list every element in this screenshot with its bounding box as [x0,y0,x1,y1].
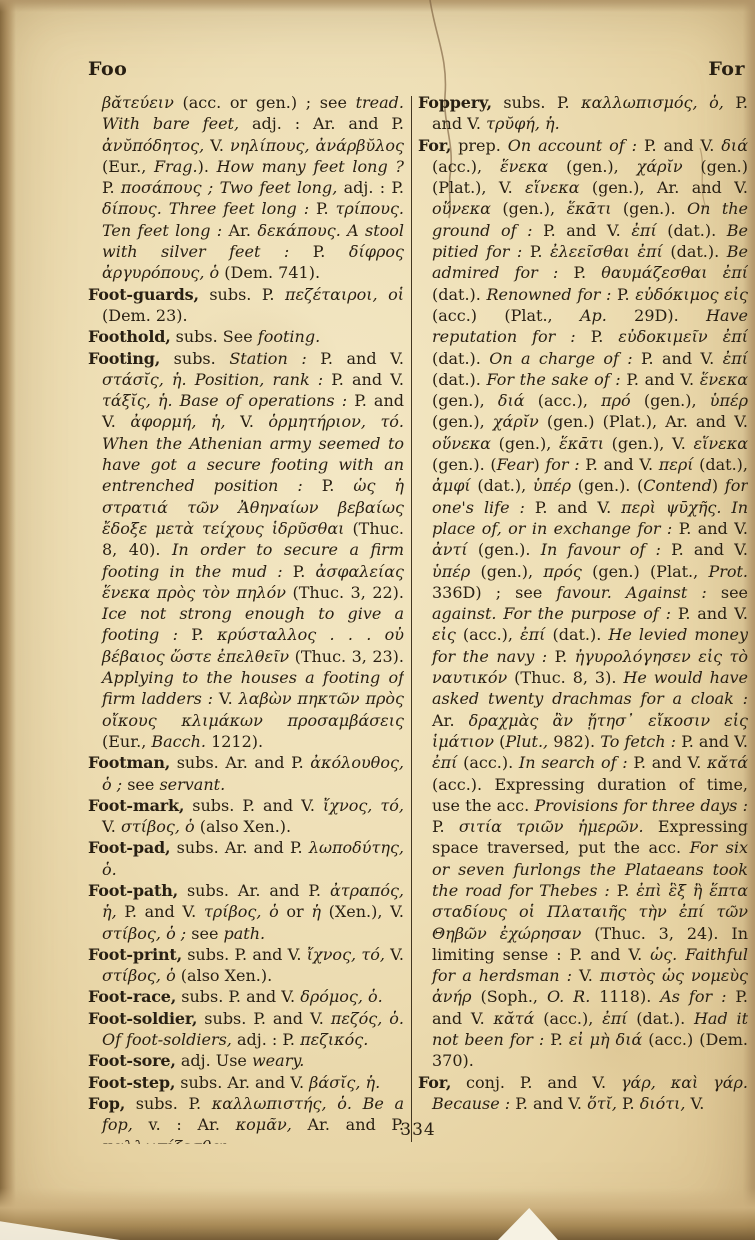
greek-text: πεζέταιροι, οἱ [285,285,404,304]
greek-text: εἵνεκα [694,434,748,453]
roman-text: (acc.), [456,625,520,644]
italic-gloss: For the sake of : [487,370,621,389]
roman-text: (dat.). [663,242,727,261]
greek-text: εἰς [432,625,456,644]
greek-text: ἀντί [432,540,468,559]
italic-gloss: In search of : [519,753,628,772]
roman-text: ). [198,157,217,176]
greek-text: δρόμος, ὁ. [300,987,383,1006]
greek-text: πεζικός. [300,1030,368,1049]
greek-text: νηλίπους, ἀνάρβῠλος [230,136,404,155]
greek-text: ὅτῐ, [587,1094,617,1113]
roman-text: P. and V. [580,455,659,474]
italic-gloss: Station : [229,349,306,368]
roman-text: (Thuc. 3, 23). [289,647,404,666]
italic-gloss: tread. [356,93,404,112]
roman-text: P. [309,199,335,218]
headword: Fop, [88,1094,125,1113]
roman-text: (Dem. 23). [102,306,188,325]
roman-text: adj. Use [176,1051,252,1070]
greek-text: ἴχνος, τό, [323,796,404,815]
headword: Foothold, [88,327,171,346]
dictionary-entry: Foot-race, subs. P. and V. δρόμος, ὁ. [88,986,404,1007]
roman-text: (acc.) (Plat., [432,306,580,325]
greek-text: οὕνεκα [432,199,491,218]
roman-text: ( [494,732,505,751]
roman-text: (gen.), [470,562,543,581]
italic-gloss: O. R. [547,987,590,1006]
greek-text: ποσάπους ; [121,178,213,197]
roman-text: 29D). [607,306,706,325]
greek-text: πεζός, ὁ. [331,1009,404,1028]
greek-text: ἐπί [602,1009,627,1028]
roman-text: subs. P. [199,285,285,304]
roman-text: V. [102,817,121,836]
italic-gloss: weary. [252,1051,304,1070]
roman-text: (gen.). ( [432,455,497,474]
roman-text: P. [283,562,316,581]
roman-text: P. and V. [672,519,748,538]
italic-gloss: for : [545,455,579,474]
roman-text: P. and V. [676,732,748,751]
column-divider-rule [411,96,412,1142]
roman-text: V. [685,1094,704,1113]
dictionary-entry: Foot-pad, subs. Ar. and P. λωποδύτης, ὁ. [88,837,404,880]
italic-gloss: Ap. [580,306,607,325]
greek-text: τρῠφή, ἡ. [486,114,560,133]
roman-text: P. [432,817,459,836]
greek-text: ἀνῠπόδητος, [102,136,204,155]
roman-text: (acc.). [457,753,519,772]
greek-text: τρίπους. [336,199,404,218]
roman-text: Ar. [222,221,257,240]
headword: Foot-pad, [88,838,170,857]
greek-text: στάσῐς, ἡ. [102,370,187,389]
dictionary-entry: Foot-print, subs. P. and V. ἴχνος, τό, V… [88,944,404,987]
roman-text: subs. P. and V. [182,945,307,964]
italic-gloss: Of foot-soldiers, [102,1030,232,1049]
roman-text: (gen.), [631,391,710,410]
roman-text: (Eur., [102,732,151,751]
italic-gloss: Fear [497,455,534,474]
italic-gloss: With bare feet, [102,114,239,133]
greek-text: πρό [601,391,631,410]
torn-edge-bottom [0,1188,755,1240]
roman-text: subs. [160,349,229,368]
page-number: 334 [88,1120,748,1140]
greek-text: ἕνεκα [700,370,748,389]
greek-text: στίβος, ὁ [102,966,176,985]
italic-gloss: path. [224,924,266,943]
italic-gloss: To fetch : [600,732,676,751]
greek-text: στίβος, ὁ [121,817,195,836]
greek-text: ἕκᾱτι [559,434,604,453]
dictionary-entry: For, prep. On account of : P. and V. διά… [418,135,748,1072]
roman-text [612,583,626,602]
greek-text: ὑπέρ [432,562,470,581]
roman-text: see [707,583,748,602]
italic-gloss: servant. [159,775,225,794]
book-page: Foo For βᾰτεύειν (acc. or gen.) ; see tr… [0,0,755,1240]
roman-text: adj. : P. [337,178,404,197]
greek-text: ἕνεκα [500,157,548,176]
roman-text: (gen.), V. [604,434,694,453]
roman-text: (gen.), [548,157,636,176]
greek-text: καλλωπιστής, ὁ. [212,1094,352,1113]
greek-text: ἀφορμή, ἡ, [130,412,225,431]
roman-text: 336D) ; see [432,583,556,602]
roman-text: P. and V. [661,540,748,559]
greek-text: ἐλεεῖσθαι ἐπί [550,242,663,261]
dictionary-entry: Footing, subs. Station : P. and V. στάσῐ… [88,348,404,753]
roman-text: (gen.). [611,199,687,218]
roman-text: P. [303,476,354,495]
roman-text: P. and V. [117,902,204,921]
greek-text: κᾰτά [494,1009,535,1028]
greek-text: ὑπέρ [710,391,748,410]
greek-text: στίβος, ὁ ; [102,924,186,943]
roman-text: (Xen.), V. [321,902,404,921]
greek-text: περὶ ψῡχῆς. [621,498,721,517]
roman-text: P. [102,178,121,197]
greek-text: περί [659,455,694,474]
roman-text: (dat.). [432,370,487,389]
roman-text: V. [572,966,600,985]
roman-text [721,498,731,517]
roman-text: (acc.), [534,1009,602,1028]
italic-gloss: Frag. [154,157,198,176]
greek-text: διά [498,391,525,410]
dictionary-entry: Foot-soldier, subs. P. and V. πεζός, ὁ. … [88,1008,404,1051]
roman-text: P. [611,285,635,304]
roman-text [162,199,169,218]
roman-text: (gen.), [491,434,559,453]
roman-text: (gen.), Ar. and V. [580,178,749,197]
italic-gloss: On a charge of : [489,349,632,368]
dictionary-entry: Foot-path, subs. Ar. and P. ἀτραπός, ἡ, … [88,880,404,944]
roman-text: P. and V. [532,221,631,240]
roman-text: subs. P. and V. [197,1009,331,1028]
headword: Foot-step, [88,1073,175,1092]
roman-text: P. [547,647,575,666]
roman-text: (Thuc. 3, 22). [286,583,404,602]
roman-text: Ar. [432,711,469,730]
roman-text: P. and V. [525,498,621,517]
header-catchword-right: For [708,58,745,80]
italic-gloss: Ten feet long : [102,221,222,240]
roman-text: 1212). [206,732,263,751]
headword: Foot-race, [88,987,176,1006]
roman-text: subs. Ar. and V. [175,1073,309,1092]
greek-text: θαυμάζεσθαι ἐπί [601,263,748,282]
roman-text: (gen.) (Plat., [582,562,709,581]
headword: For, [418,1073,451,1092]
headword: Footing, [88,349,160,368]
greek-text: εἰ μὴ διά [569,1030,642,1049]
roman-text: P. and V. [307,349,404,368]
roman-text: see [122,775,159,794]
corner-tear-bottom-left [0,1218,120,1240]
roman-text: 982). [548,732,600,751]
dictionary-entry: For, conj. P. and V. γάρ, καὶ γάρ. Becau… [418,1072,748,1115]
roman-text: ) [533,455,545,474]
greek-text: καλλωπισμός, ὁ, [581,93,724,112]
header-catchword-left: Foo [88,58,127,80]
roman-text: (also Xen.). [195,817,292,836]
greek-text: δίπους. [102,199,162,218]
roman-text: (dat.), [471,476,533,495]
text-block: βᾰτεύειν (acc. or gen.) ; see tread. Wit… [88,92,748,1144]
roman-text: V. [226,412,269,431]
greek-text: σιτία τριῶν ἡμερῶν. [459,817,644,836]
roman-text: P. and V. [628,753,707,772]
roman-text: adj. : Ar. and P. [239,114,404,133]
greek-text: χάρῐν [637,157,683,176]
roman-text: (dat.), [694,455,749,474]
greek-text: χάρῐν [493,412,539,431]
italic-gloss: Bacch. [151,732,206,751]
running-head: Foo For [88,58,745,84]
roman-text: (gen.) (Plat.), Ar. and V. [539,412,748,431]
italic-gloss: Provisions for three days : [534,796,748,815]
roman-text: P. [178,625,217,644]
roman-text: V. [213,689,239,708]
italic-gloss: Renowned for : [486,285,611,304]
greek-text: ὑπέρ [533,476,571,495]
roman-text: (dat.). [545,625,608,644]
roman-text: (gen.), [491,199,567,218]
roman-text: (acc. or gen.) ; see [182,93,355,112]
roman-text: V. [385,945,404,964]
greek-text: ὁρμητήριον, τό. [268,412,404,431]
italic-gloss: against. [432,604,496,623]
roman-text: (acc.), [432,157,500,176]
headword: Footman, [88,753,170,772]
roman-text: subs. P. and V. [184,796,323,815]
roman-text: subs. P. and V. [176,987,300,1006]
italic-gloss: Against : [626,583,707,602]
headword: Foot-print, [88,945,182,964]
roman-text: (dat.). [628,1009,694,1028]
greek-text: οὕνεκα [432,434,491,453]
roman-text: P. and V. [510,1094,587,1113]
roman-text: (gen.), [432,391,498,410]
dictionary-entry: Foot-sore, adj. Use weary. [88,1050,404,1071]
roman-text: P. [558,263,601,282]
italic-gloss: For the purpose of : [503,604,671,623]
roman-text [187,370,195,389]
italic-gloss: Plut., [505,732,548,751]
torn-notch-bottom [498,1208,558,1240]
entry-continuation: βᾰτεύειν (acc. or gen.) ; see tread. Wit… [88,92,404,284]
italic-gloss: favour. [556,583,611,602]
greek-text: εἵνεκα [525,178,579,197]
greek-text: ἐπί [723,349,748,368]
dictionary-entry: Foot-step, subs. Ar. and V. βάσῐς, ἡ. [88,1072,404,1093]
roman-text: subs. See [171,327,258,346]
roman-text: P. and V. [323,370,404,389]
dictionary-entry: Foothold, subs. See footing. [88,326,404,347]
roman-text: P. and V. [671,604,748,623]
headword: For, [418,136,451,155]
roman-text: (also Xen.). [176,966,273,985]
roman-text: (Eur., [102,157,154,176]
greek-text: ἐπί [631,221,656,240]
italic-gloss: How many feet long ? [217,157,404,176]
right-column: Foppery, subs. P. καλλωπισμός, ὁ, P. and… [418,92,748,1144]
roman-text: ) [712,476,725,495]
greek-text: εὐδόκιμος εἰς [635,285,748,304]
roman-text: (Dem. 741). [219,263,320,282]
greek-text: ἴχνος, τό, [307,945,385,964]
greek-text: δεκάπους. [257,221,340,240]
italic-gloss: On account of : [508,136,637,155]
roman-text: prep. [451,136,508,155]
dictionary-entry: Foppery, subs. P. καλλωπισμός, ὁ, P. and… [418,92,748,135]
italic-gloss: Base of operations : [180,391,347,410]
greek-text: διά [721,136,748,155]
italic-gloss: As for : [660,987,726,1006]
roman-text: (Thuc. 8, 3). [507,668,623,687]
roman-text: P. and V. [637,136,721,155]
italic-gloss: footing. [258,327,320,346]
greek-text: διότι, [640,1094,686,1113]
greek-text: γάρ, καὶ γάρ. [621,1073,748,1092]
roman-text: adj. : P. [232,1030,300,1049]
roman-text: 1118). [590,987,660,1006]
roman-text: see [186,924,223,943]
roman-text: V. [204,136,230,155]
roman-text: (gen.). [468,540,541,559]
greek-text: ἕκᾱτι [566,199,611,218]
left-column: βᾰτεύειν (acc. or gen.) ; see tread. Wit… [88,92,404,1144]
roman-text: P. and V. [621,370,700,389]
headword: Foppery, [418,93,492,112]
roman-text: (gen.), [432,412,493,431]
roman-text: P. [522,242,550,261]
greek-text: ἀμφί [432,476,471,495]
roman-text: P. [617,1094,640,1113]
dictionary-entry: Footman, subs. Ar. and P. ἀκόλουθος, ὁ ;… [88,752,404,795]
roman-text: conj. P. and V. [451,1073,621,1092]
headword: Foot-sore, [88,1051,176,1070]
greek-text: βᾰτεύειν [102,93,182,112]
roman-text: (gen.). ( [571,476,643,495]
italic-gloss: Two feet long, [220,178,338,197]
headword: Foot-guards, [88,285,199,304]
greek-text: κᾰτά [707,753,748,772]
roman-text: (acc.), [525,391,602,410]
italic-gloss: Three feet long : [169,199,309,218]
italic-gloss: Prot. [708,562,748,581]
roman-text: P. and V. [633,349,723,368]
roman-text: subs. Ar. and P. [178,881,330,900]
roman-text: (dat.). [432,349,489,368]
dictionary-entry: Foot-mark, subs. P. and V. ἴχνος, τό, V.… [88,795,404,838]
italic-gloss: Position, rank : [195,370,323,389]
roman-text: (dat.). [432,285,486,304]
greek-text: πρός [543,562,582,581]
headword: Foot-soldier, [88,1009,197,1028]
dictionary-entry: Foot-guards, subs. P. πεζέταιροι, οἱ (De… [88,284,404,327]
roman-text: (dat.). [657,221,727,240]
greek-text: ὡς. [650,945,677,964]
headword: Foot-mark, [88,796,184,815]
headword: Foot-path, [88,881,178,900]
roman-text: subs. Ar. and P. [170,838,308,857]
greek-text: τρίβος, ὁ [204,902,279,921]
greek-text: ἐπί [520,625,545,644]
greek-text: βάσῐς, ἡ. [309,1073,380,1092]
italic-gloss: Contend [643,476,712,495]
roman-text: P. [544,1030,569,1049]
italic-gloss: In favour of : [541,540,661,559]
greek-text: τάξῐς, ἡ. [102,391,173,410]
roman-text: subs. P. [492,93,581,112]
italic-gloss: Because : [432,1094,510,1113]
roman-text [173,391,180,410]
greek-text: ἡ [311,902,321,921]
roman-text: subs. Ar. and P. [170,753,310,772]
roman-text: P. [576,327,619,346]
roman-text: or [279,902,312,921]
roman-text [352,1094,363,1113]
greek-text: εὐδοκιμεῖν ἐπί [618,327,748,346]
roman-text: P. [610,881,636,900]
roman-text: subs. P. [125,1094,212,1113]
roman-text: (Soph., [472,987,547,1006]
greek-text: ἐπί [432,753,457,772]
roman-text: P. [289,242,349,261]
